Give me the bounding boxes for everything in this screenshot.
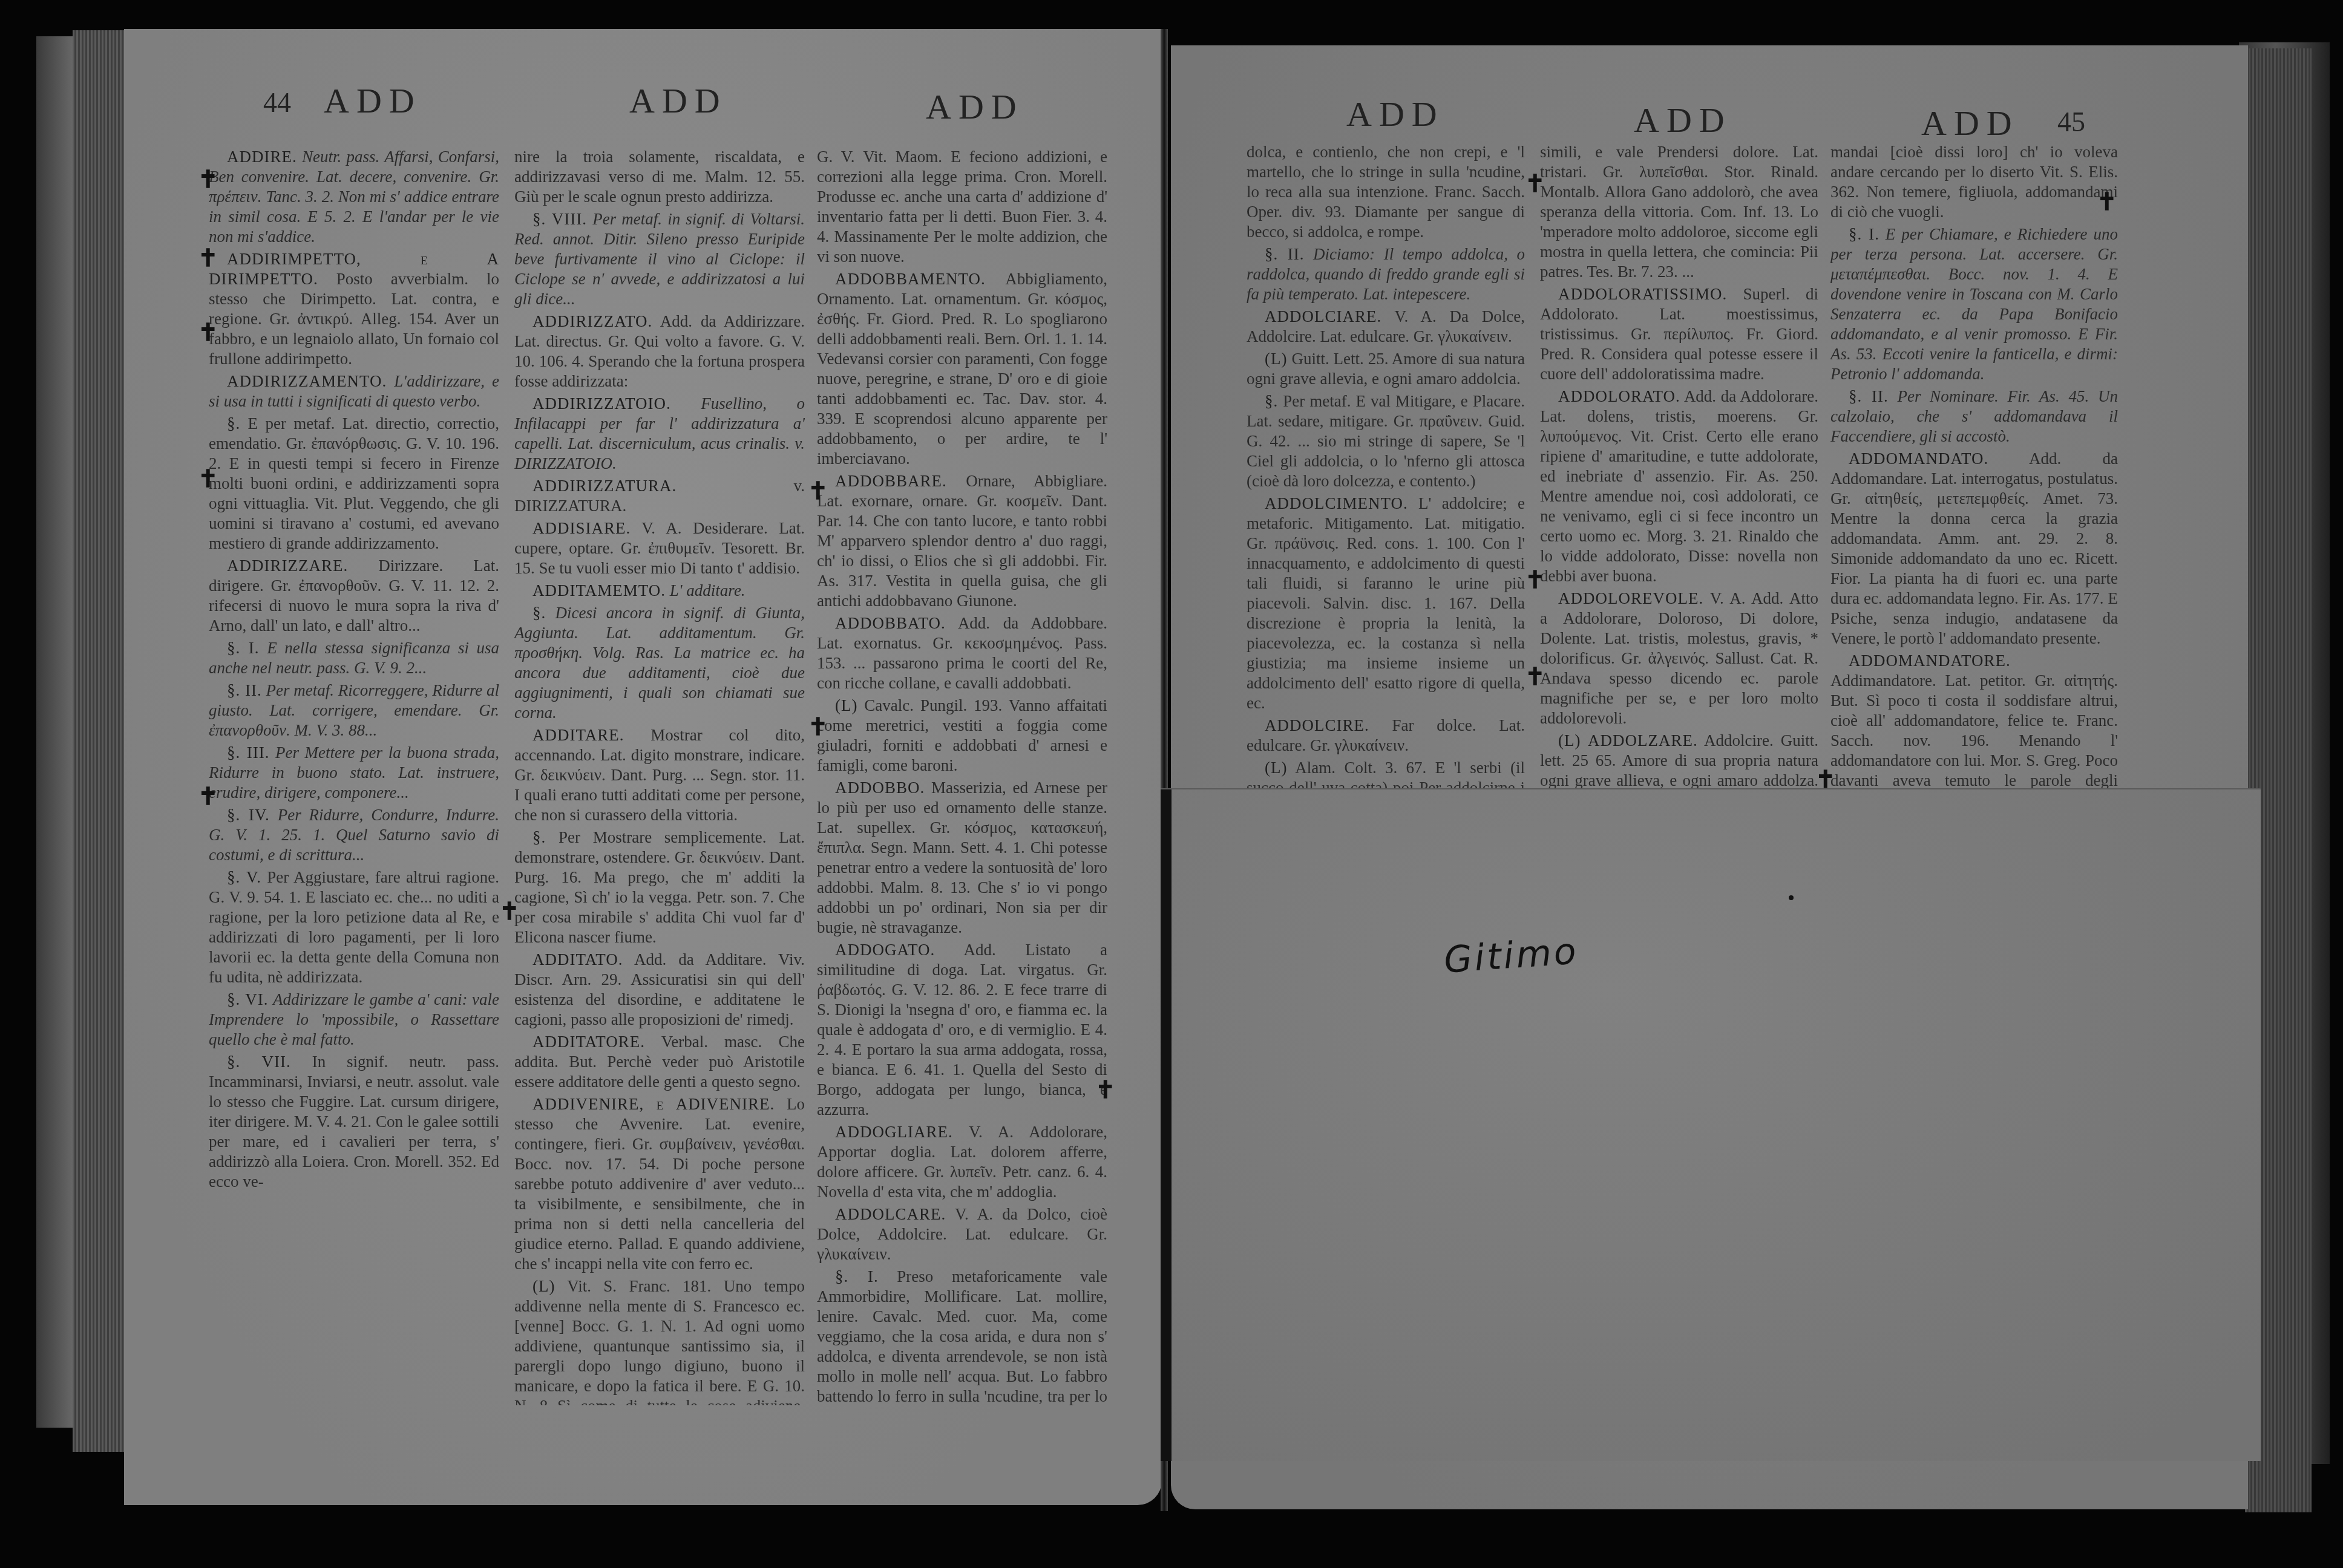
dictionary-entry: ADDIRIZZATURA. v. DIRIZZATURA. (514, 476, 805, 516)
dictionary-entry: (L) Vit. S. Franc. 181. Uno tempo addive… (514, 1276, 805, 1405)
left-page: 44 ADD ADD ADD ADDIRE. Neutr. pass. Affa… (124, 29, 1162, 1505)
ink-cross-mark: ✝ (1525, 662, 1545, 691)
headword: ADDITARE. (532, 726, 624, 744)
headword: ADDIRIZZATOIO. (532, 394, 671, 413)
dictionary-entry: ADDISIARE. V. A. Desiderare. Lat. cupere… (514, 518, 805, 578)
dictionary-entry: ADDOBBO. Masserizia, ed Arnese per lo pi… (817, 778, 1107, 938)
dictionary-entry: ADDOGATO. Add. Listato a similitudine di… (817, 940, 1107, 1120)
headword: §. VI. (227, 990, 269, 1008)
dictionary-entry: §. III. Per Mettere per la buona strada,… (209, 743, 499, 803)
dictionary-entry: ADDIRIMPETTO, e A DIRIMPETTO. Posto avve… (209, 249, 499, 369)
headword: §. VIII. (532, 210, 587, 228)
page-number-left: 44 (263, 87, 291, 119)
headword: ADDOBBO. (835, 779, 925, 797)
dictionary-entry: ADDIRIZZARE. Dirizzare. Lat. dirigere. G… (209, 556, 499, 636)
headword: (L) ADDOLZARE. (1558, 731, 1698, 750)
headword: §. (532, 828, 546, 846)
dictionary-entry: ADDIRIZZATOIO. Fusellino, o Infilacappi … (514, 394, 805, 474)
headword: ADDOGATO. (835, 941, 935, 959)
headword: (L) (1265, 759, 1287, 777)
entry-text: Add. da Addolorare. Lat. dolens, tristis… (1540, 387, 1818, 585)
ink-cross-mark: ✝ (198, 244, 218, 272)
headword: ADDITATORE. (532, 1033, 645, 1051)
headword: §. VII. (227, 1053, 291, 1071)
dictionary-entry: ADDITARE. Mostrar col dito, accennando. … (514, 725, 805, 825)
dictionary-entry: (L) Cavalc. Pungil. 193. Vanno affaitati… (817, 696, 1107, 776)
headword: ADDOLORATISSIMO. (1558, 285, 1727, 303)
headword: ADDOGLIARE. (835, 1123, 953, 1141)
dictionary-entry: nire la troia solamente, riscaldata, e a… (514, 147, 805, 207)
entry-text: Lo stesso che Avvenire. Lat. evenire, co… (514, 1095, 805, 1273)
dictionary-entry: §. II. Per Nominare. Fir. As. 45. Un cal… (1830, 387, 2118, 446)
entry-text: Per metaf. E val Mitigare, e Placare. La… (1247, 392, 1525, 490)
dictionary-entry: ADDOBBATO. Add. da Addobbare. Lat. exorn… (817, 613, 1107, 693)
entry-text: Add. Listato a similitudine di doga. Lat… (817, 941, 1107, 1119)
headword: ADDIRIZZARE. (227, 557, 348, 575)
headword: ADDIVENIRE, e ADIVENIRE. (532, 1095, 775, 1113)
headword: ADDOMANDATORE. (1849, 652, 2011, 670)
entry-text: mandai [cioè dissi loro] ch' io voleva a… (1830, 143, 2118, 221)
entry-text: E per metaf. Lat. directio, correctio, e… (209, 414, 499, 552)
headword: §. I. (1849, 225, 1879, 243)
entry-text: V. A. Add. Atto a Addolorare, Doloroso, … (1540, 589, 1818, 727)
entry-text: Dicesi ancora in signif. di Giunta, Aggi… (514, 604, 805, 722)
dictionary-entry: §. I. E per Chiamare, e Richiedere uno p… (1830, 224, 2118, 384)
running-head-right-col3: ADD (1921, 103, 2019, 143)
headword: (L) (835, 696, 857, 714)
headword: ADDIRE. (227, 148, 297, 166)
dictionary-entry: ADDOLCARE. V. A. da Dolco, cioè Dolce, A… (817, 1204, 1107, 1264)
headword: §. II. (227, 681, 262, 699)
entry-text: G. V. Vit. Maom. E feciono addizioni, e … (817, 148, 1107, 266)
headword: §. (227, 414, 240, 433)
headword: §. I. (227, 639, 260, 657)
entry-text: Guitt. Lett. 25. Amore di sua natura ogn… (1247, 350, 1525, 388)
entry-text: nire la troia solamente, riscaldata, e a… (514, 148, 805, 206)
headword: (L) (1265, 350, 1287, 368)
ink-cross-mark: ✝ (808, 713, 828, 741)
dictionary-entry: mandai [cioè dissi loro] ch' io voleva a… (1830, 142, 2118, 222)
headword: §. II. (1265, 245, 1305, 263)
dictionary-entry: ADDIVENIRE, e ADIVENIRE. Lo stesso che A… (514, 1094, 805, 1274)
ink-cross-mark: ✝ (1525, 566, 1545, 594)
headword: §. III. (227, 743, 270, 762)
entry-text: Cavalc. Pungil. 193. Vanno affaitati com… (817, 696, 1107, 774)
dictionary-entry: §. I. E nella stessa significanza si usa… (209, 638, 499, 678)
entry-text: Addimandatore. Lat. petitor. Gr. αἰτητής… (1830, 671, 2118, 795)
entry-text: Per Mostrare semplicemente. Lat. demonst… (514, 828, 805, 946)
headword: ADDISIARE. (532, 519, 631, 537)
entry-text: simili, e vale Prendersi dolore. Lat. tr… (1540, 143, 1818, 281)
dictionary-entry: ADDOLCIARE. V. A. Da Dolce, Addolcire. L… (1247, 307, 1525, 347)
dictionary-entry: §. Per Mostrare semplicemente. Lat. demo… (514, 828, 805, 947)
headword: §. II. (1849, 387, 1889, 405)
dictionary-entry: ADDIRIZZATO. Add. da Addirizzare. Lat. d… (514, 312, 805, 391)
ink-cross-mark: ✝ (499, 897, 520, 926)
ink-cross-mark: ✝ (1095, 1076, 1116, 1104)
dictionary-entry: ADDOLORATISSIMO. Superl. di Addolorato. … (1540, 284, 1818, 384)
dictionary-entry: ADDOMANDATO. Add. da Addomandare. Lat. i… (1830, 449, 2118, 648)
entry-text: L' addolcire; e metaforic. Mitigamento. … (1247, 494, 1525, 712)
dictionary-entry: ADDIRIZZAMENTO. L'addirizzare, e si usa … (209, 371, 499, 411)
dictionary-entry: §. II. Per metaf. Ricorreggere, Ridurre … (209, 681, 499, 740)
headword: ADDOBBARE. (835, 472, 947, 490)
headword: ADDITATO. (532, 950, 623, 969)
entry-text: Preso metaforicamente vale Ammorbidire, … (817, 1267, 1107, 1405)
entry-text: E per Chiamare, e Richiedere uno per ter… (1830, 225, 2118, 383)
headword: ADDOLCIARE. (1265, 307, 1381, 325)
dictionary-entry: §. E per metaf. Lat. directio, correctio… (209, 414, 499, 554)
headword: §. (1265, 392, 1278, 410)
headword: ADDOLCIMENTO. (1265, 494, 1408, 512)
entry-text: Add. da Addomandare. Lat. interrogatus, … (1830, 449, 2118, 647)
ink-dot (1789, 895, 1794, 900)
headword: §. V. (227, 868, 261, 886)
dictionary-entry: §. Per metaf. E val Mitigare, e Placare.… (1247, 391, 1525, 491)
headword: ADDIRIZZAMENTO. (227, 372, 387, 390)
ink-cross-mark: ✝ (1525, 169, 1545, 198)
entry-text: dolca, e contienlo, che non crepi, e 'l … (1247, 143, 1525, 241)
dictionary-entry: ADDOLORATO. Add. da Addolorare. Lat. dol… (1540, 387, 1818, 586)
left-page-column-1: ADDIRE. Neutr. pass. Affarsi, Confarsi, … (209, 147, 499, 1405)
dictionary-entry: §. VIII. Per metaf. in signif. di Voltar… (514, 209, 805, 309)
inserted-paper-slip: Gitimo (1161, 789, 2261, 1461)
dictionary-entry: dolca, e contienlo, che non crepi, e 'l … (1247, 142, 1525, 242)
right-page-column-1: dolca, e contienlo, che non crepi, e 'l … (1247, 142, 1525, 795)
handwritten-note: Gitimo (1443, 930, 1580, 981)
dictionary-entry: (L) ADDOLZARE. Addolcire. Guitt. lett. 2… (1540, 731, 1818, 795)
headword: ADDOLORATO. (1558, 387, 1680, 405)
dictionary-entry: §. I. Preso metaforicamente vale Ammorbi… (817, 1267, 1107, 1405)
dictionary-entry: ADDIRE. Neutr. pass. Affarsi, Confarsi, … (209, 147, 499, 247)
entry-text: Masserizia, ed Arnese per lo più per uso… (817, 779, 1107, 936)
entry-text: L' additare. (670, 581, 745, 599)
dictionary-entry: §. V. Per Aggiustare, fare altrui ragion… (209, 867, 499, 987)
ink-cross-mark: ✝ (198, 465, 218, 493)
headword: ADDOLOREVOLE. (1558, 589, 1703, 607)
dictionary-entry: ADDITATO. Add. da Additare. Viv. Discr. … (514, 950, 805, 1030)
left-page-column-3: G. V. Vit. Maom. E feciono addizioni, e … (817, 147, 1107, 1405)
headword: ADDIRIZZATURA. (532, 477, 677, 495)
dictionary-entry: ADDOMANDATORE. Addimandatore. Lat. petit… (1830, 651, 2118, 795)
dictionary-entry: §. VI. Addirizzare le gambe a' cani: val… (209, 990, 499, 1050)
dictionary-entry: ADDOBBARE. Ornare, Abbigliare. Lat. exor… (817, 471, 1107, 611)
running-head-left-col2: ADD (629, 80, 727, 121)
dictionary-entry: G. V. Vit. Maom. E feciono addizioni, e … (817, 147, 1107, 267)
entry-text: Vit. S. Franc. 181. Uno tempo addivenne … (514, 1277, 805, 1405)
running-head-left-col3: ADD (926, 87, 1024, 127)
ink-cross-mark: ✝ (2097, 188, 2117, 216)
entry-text: In signif. neutr. pass. Incamminarsi, In… (209, 1053, 499, 1191)
dictionary-entry: ADDOLCIMENTO. L' addolcire; e metaforic.… (1247, 494, 1525, 713)
dictionary-entry: §. Dicesi ancora in signif. di Giunta, A… (514, 603, 805, 723)
headword: ADDOMANDATO. (1849, 449, 1988, 468)
page-number-right: 45 (2057, 106, 2085, 138)
dictionary-entry: ADDOLCIRE. Far dolce. Lat. edulcare. Gr.… (1247, 716, 1525, 756)
dictionary-entry: ADDOGLIARE. V. A. Addolorare, Apportar d… (817, 1122, 1107, 1202)
headword: ADDOBBAMENTO. (835, 270, 986, 288)
ink-cross-mark: ✝ (198, 782, 218, 811)
headword: ADDITAMEMTO. (532, 581, 666, 599)
running-head-right-col1: ADD (1346, 94, 1444, 134)
headword: ADDOLCARE. (835, 1205, 946, 1223)
dictionary-entry: §. VII. In signif. neutr. pass. Incammin… (209, 1052, 499, 1192)
right-page-column-2: simili, e vale Prendersi dolore. Lat. tr… (1540, 142, 1818, 795)
dictionary-entry: ADDITATORE. Verbal. masc. Che addita. Bu… (514, 1032, 805, 1092)
headword: ADDOLCIRE. (1265, 716, 1369, 734)
dictionary-entry: §. IV. Per Ridurre, Condurre, Indurre. G… (209, 805, 499, 865)
headword: ADDIRIZZATO. (532, 312, 652, 330)
headword: §. I. (835, 1267, 879, 1285)
ink-cross-mark: ✝ (198, 165, 218, 194)
headword: §. IV. (227, 806, 270, 824)
entry-text: Ornare, Abbigliare. Lat. exornare, ornar… (817, 472, 1107, 610)
dictionary-entry: ADDOBBAMENTO. Abbigliamento, Ornamento. … (817, 269, 1107, 469)
headword: §. (532, 604, 546, 622)
entry-text: Abbigliamento, Ornamento. Lat. ornamentu… (817, 270, 1107, 468)
running-head-right-col2: ADD (1634, 100, 1732, 140)
dictionary-entry: §. II. Diciamo: Il tempo addolca, o radd… (1247, 244, 1525, 304)
dictionary-entry: ADDITAMEMTO. L' additare. (514, 581, 805, 601)
right-page-column-3: mandai [cioè dissi loro] ch' io voleva a… (1830, 142, 2118, 795)
ink-cross-mark: ✝ (198, 318, 218, 347)
dictionary-entry: simili, e vale Prendersi dolore. Lat. tr… (1540, 142, 1818, 282)
headword: ADDOBBATO. (835, 614, 946, 632)
dictionary-entry: (L) Guitt. Lett. 25. Amore di sua natura… (1247, 349, 1525, 389)
left-page-column-2: nire la troia solamente, riscaldata, e a… (514, 147, 805, 1405)
running-head-left-col1: ADD (324, 80, 422, 121)
headword: (L) (532, 1277, 555, 1295)
dictionary-entry: ADDOLOREVOLE. V. A. Add. Atto a Addolora… (1540, 589, 1818, 728)
ink-cross-mark: ✝ (808, 477, 828, 505)
